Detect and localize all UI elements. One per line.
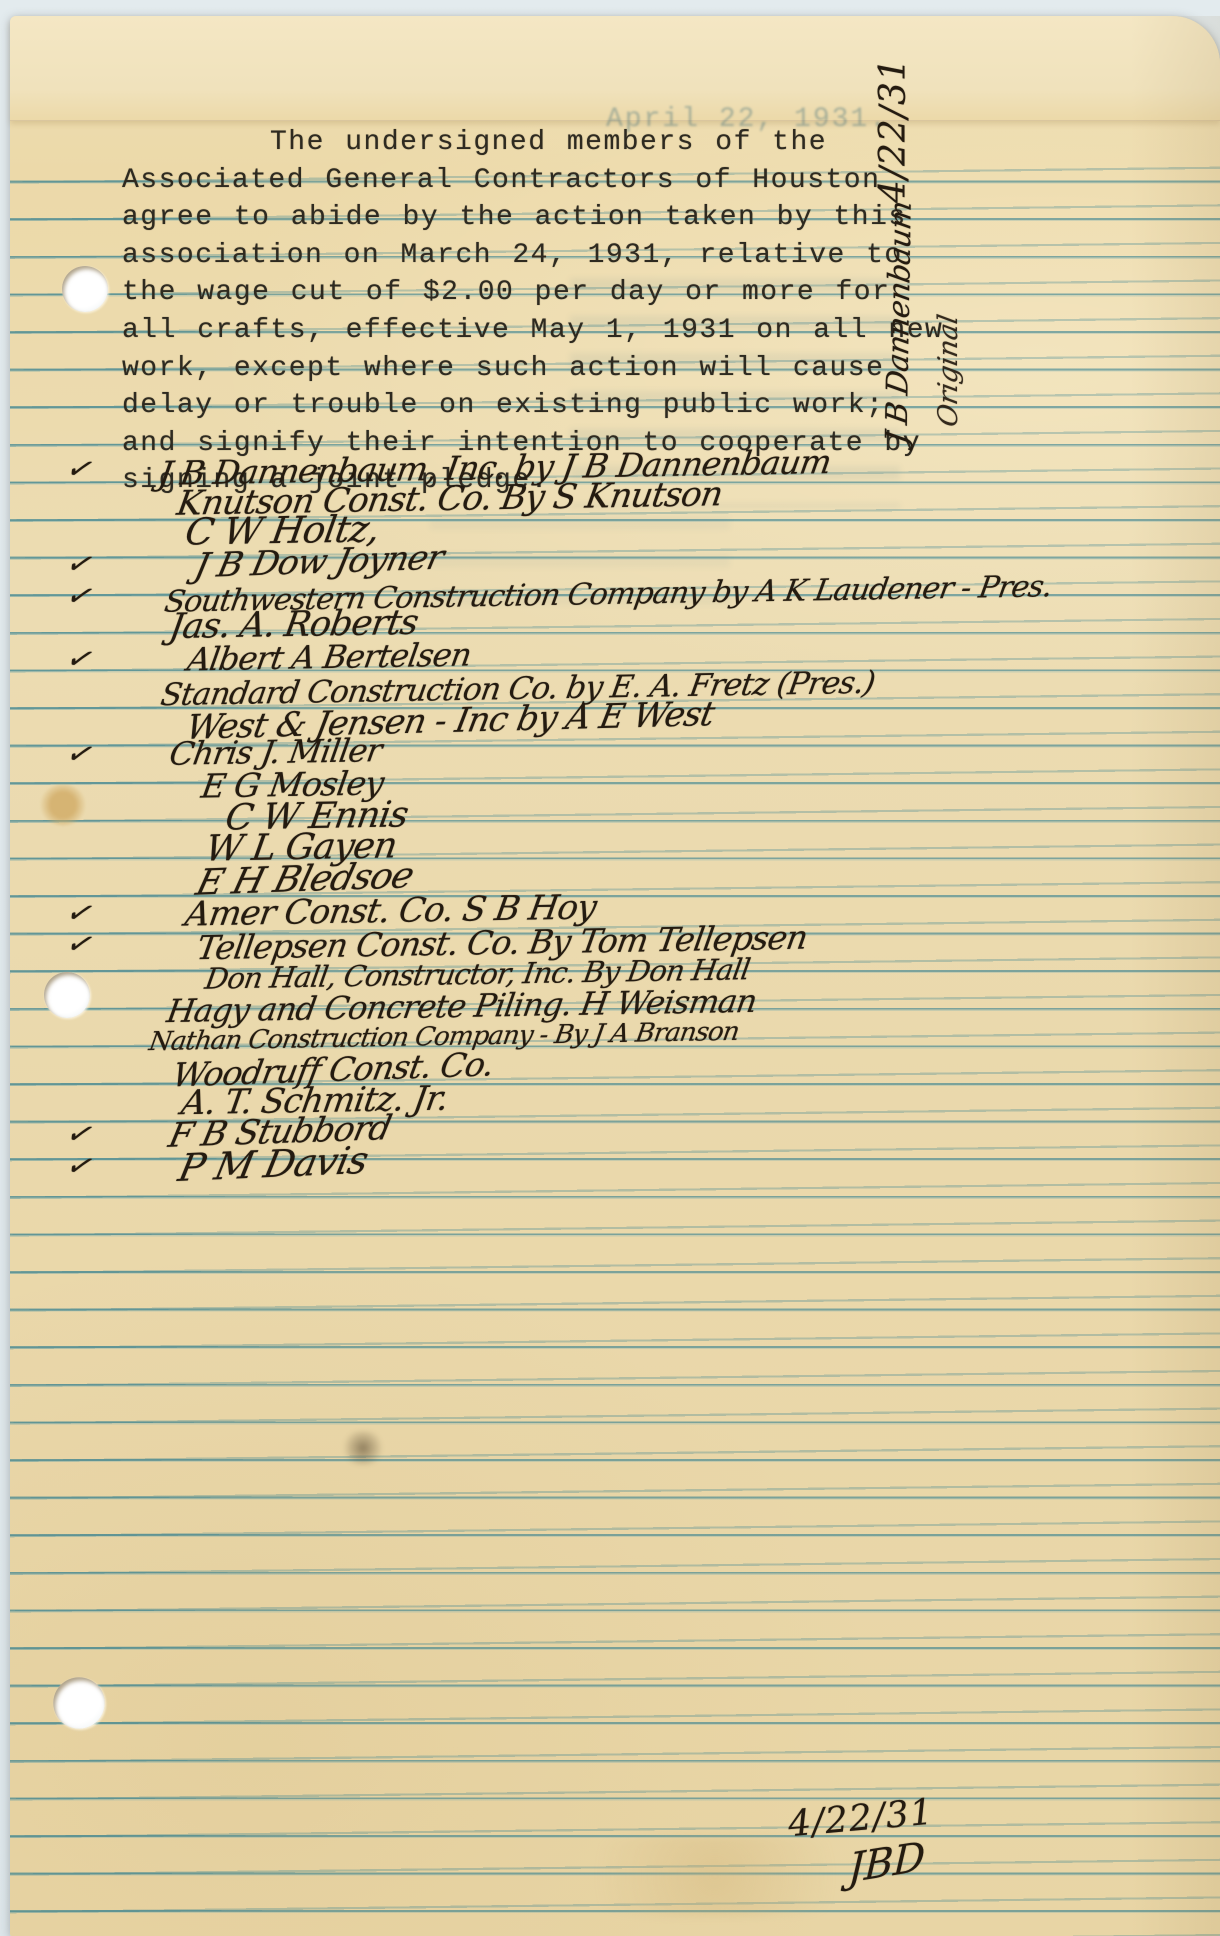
typed-line: Associated General Contractors of Housto…	[122, 162, 972, 200]
checkmark-icon: ✓	[62, 738, 100, 772]
checkmark-icon: ✓	[62, 579, 100, 613]
signature-row: W L Gayen	[10, 832, 1200, 864]
checkmark-icon: ✓	[62, 1118, 100, 1152]
signature-text: P M Davis	[176, 1145, 370, 1185]
punch-hole-top	[62, 266, 108, 312]
signature-row: E G Mosley	[10, 769, 1200, 801]
typed-line: the wage cut of $2.00 per day or more fo…	[122, 274, 972, 312]
scanned-document: April 22, 1931. The undersigned members …	[0, 0, 1220, 1936]
signature-list: ✓ J B Dannenbaum, Inc. by J B Dannenbaum…	[10, 452, 1200, 1181]
typed-pledge-paragraph: The undersigned members of the Associate…	[122, 124, 972, 500]
typed-line: agree to abide by the action taken by th…	[122, 199, 972, 237]
signature-text: J B Dow Joyner	[192, 543, 446, 583]
signature-row: West & Jensen - Inc by A E West	[10, 706, 1200, 738]
typed-line: The undersigned members of the	[122, 124, 972, 162]
signature-row: E H Bledsoe	[10, 864, 1200, 896]
checkmark-icon: ✓	[62, 548, 100, 582]
typed-line: delay or trouble on existing public work…	[122, 387, 972, 425]
typed-line: association on March 24, 1931, relative …	[122, 237, 972, 275]
notebook-paper: April 22, 1931. The undersigned members …	[10, 16, 1220, 1936]
typed-line: work, except where such action will caus…	[122, 350, 972, 388]
signature-row: C W Ennis	[10, 801, 1200, 833]
signature-text: Albert A Bertelsen	[185, 640, 473, 677]
checkmark-icon: ✓	[62, 928, 100, 962]
signature-row: Hagy and Concrete Piling. H Weisman	[10, 991, 1200, 1023]
checkmark-icon: ✓	[62, 896, 100, 930]
signature-row: ✓ F B Stubbord	[10, 1117, 1200, 1149]
signature-row: A. T. Schmitz. Jr.	[10, 1086, 1200, 1118]
margin-handwritten-note: Original	[933, 234, 969, 430]
typed-line: all crafts, effective May 1, 1931 on all…	[122, 312, 972, 350]
signature-row: ✓ Southwestern Construction Company by A…	[10, 579, 1200, 611]
signature-row: Woodruff Const. Co.	[10, 1054, 1200, 1086]
checkmark-icon: ✓	[62, 453, 100, 487]
punch-hole-bottom	[53, 1677, 105, 1729]
signature-row: ✓ Chris J. Miller	[10, 737, 1200, 769]
signature-row: C W Holtz,	[10, 515, 1200, 547]
signature-row: Nathan Construction Company - By J A Bra…	[10, 1022, 1200, 1054]
signature-row: Jas. A. Roberts	[10, 610, 1200, 642]
checkmark-icon: ✓	[62, 643, 100, 677]
signature-row: ✓ P M Davis	[10, 1149, 1200, 1181]
checkmark-icon: ✓	[62, 1150, 100, 1184]
margin-handwritten-signature: J B Dannenbaum	[880, 161, 925, 447]
